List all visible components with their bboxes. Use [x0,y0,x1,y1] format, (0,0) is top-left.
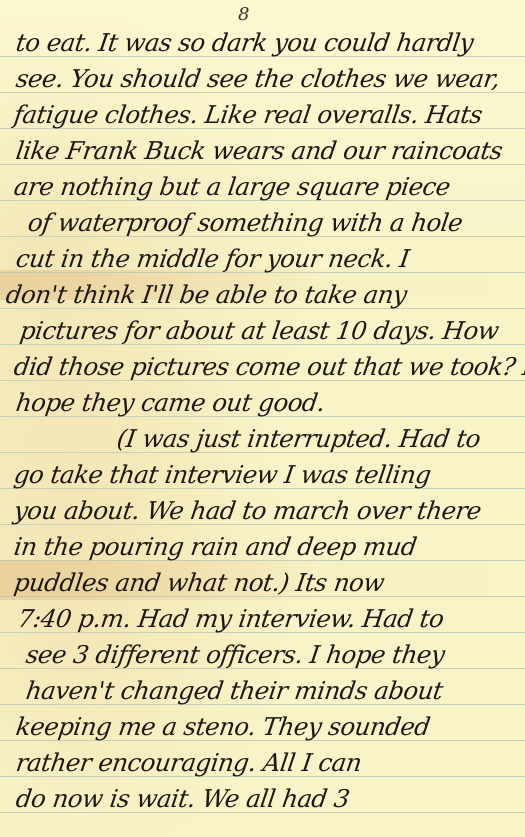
text-line: don't think I'll be able to take any [4,280,525,310]
text-line: go take that interview I was telling [12,460,525,490]
text-line: rather encouraging. All I can [14,748,525,778]
text-line: keeping me a steno. They sounded [14,712,525,742]
letter-page: 8 to eat. It was so dark you could hardl… [0,0,525,837]
text-line: fatigue clothes. Like real overalls. Hat… [12,100,525,130]
page-number: 8 [238,4,249,25]
text-line: 7:40 p.m. Had my interview. Had to [16,604,525,634]
text-line: to eat. It was so dark you could hardly [14,28,525,58]
text-line: see. You should see the clothes we wear, [14,64,525,94]
text-line: puddles and what not.) Its now [12,568,525,598]
text-line: you about. We had to march over there [12,496,525,526]
text-line: did those pictures come out that we took… [12,352,525,382]
text-line: haven't changed their minds about [24,676,525,706]
text-line: in the pouring rain and deep mud [12,532,525,562]
text-line: like Frank Buck wears and our raincoats [14,136,525,166]
text-line: cut in the middle for your neck. I [14,244,525,274]
text-line: see 3 different officers. I hope they [24,640,525,670]
text-line: pictures for about at least 10 days. How [18,316,525,346]
text-line: do now is wait. We all had 3 [14,784,525,814]
text-line: are nothing but a large square piece [12,172,525,202]
text-line: of waterproof something with a hole [26,208,525,238]
text-line: hope they came out good. [14,388,525,418]
text-line: (I was just interrupted. Had to [115,424,525,454]
